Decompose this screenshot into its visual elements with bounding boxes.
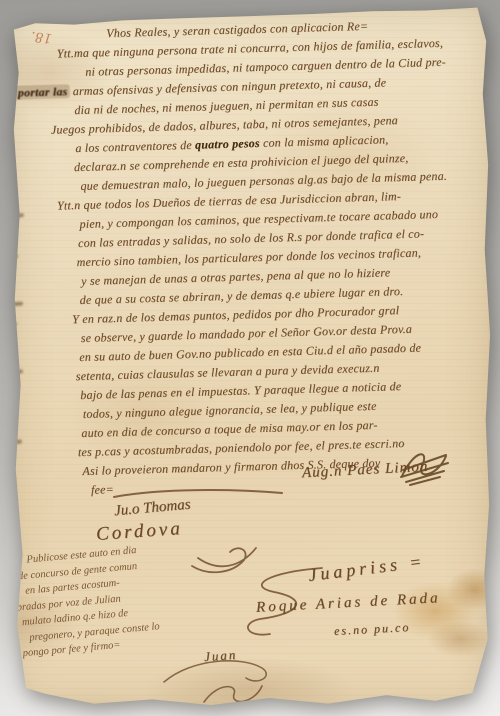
bottom-squiggle xyxy=(198,678,268,708)
manuscript-paper-sheet: 18. Vhos Reales, y seran castigados con … xyxy=(6,2,494,710)
ink-bleed-mark xyxy=(8,369,23,375)
emphasized-words: quatro pesos xyxy=(195,136,260,152)
text-line-pre: a los contraventores de xyxy=(75,138,195,155)
photograph-of-manuscript: 18. Vhos Reales, y seran castigados con … xyxy=(0,0,500,716)
smudged-word: portar las xyxy=(16,84,70,99)
pen-stroke-icon xyxy=(112,486,284,500)
paper-shadow-wrap: 18. Vhos Reales, y seran castigados con … xyxy=(0,0,500,716)
ink-bleed-mark xyxy=(7,321,17,325)
ink-bleed-mark xyxy=(8,213,24,219)
flourish-stroke xyxy=(112,486,284,500)
publication-marginal-note: Publicose este auto en dia de concurso d… xyxy=(10,542,162,663)
text-line-post: con la misma aplicacion, xyxy=(260,132,389,150)
manuscript-body-text: Vhos Reales, y seran castigados con apli… xyxy=(42,14,495,501)
ink-bleed-mark xyxy=(9,302,23,307)
signature-thomas-first: Ju.o Thomas xyxy=(113,497,191,521)
ink-bleed-mark xyxy=(6,253,18,258)
signature-roque-title: es.no pu.co xyxy=(334,620,411,639)
pen-squiggle-icon xyxy=(198,678,268,708)
ink-bleed-mark xyxy=(9,439,22,444)
signature-juan-small: Juan xyxy=(203,647,237,665)
ink-bleed-mark xyxy=(6,400,18,405)
